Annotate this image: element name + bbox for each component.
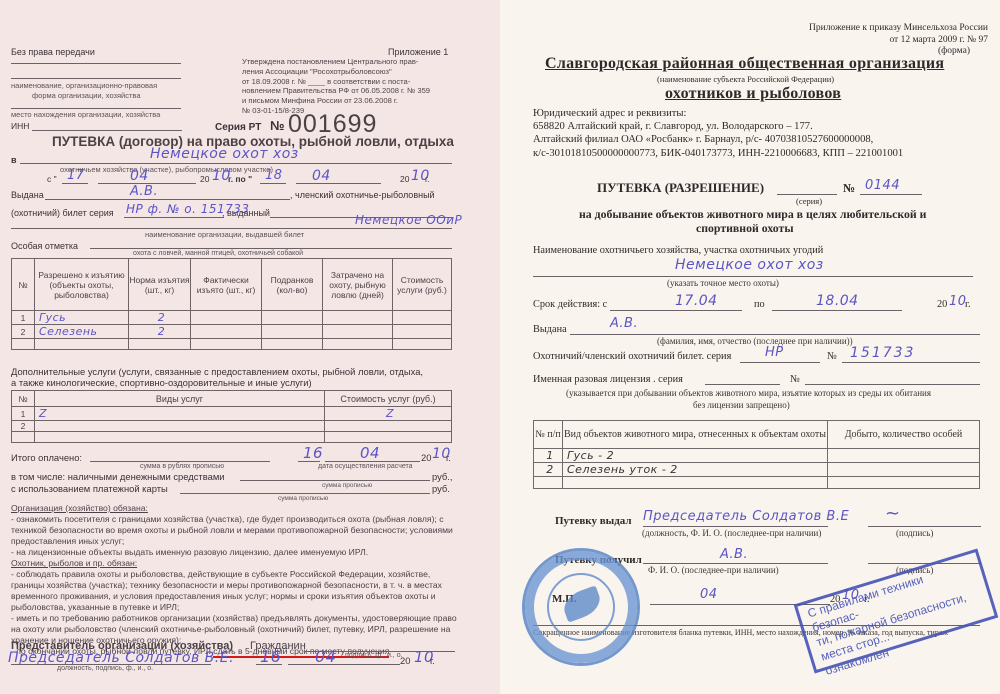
table-cell: [828, 463, 980, 477]
approval-line: от 18.09.2008 г. № ____ в соответствии с…: [242, 77, 456, 87]
special-mark-line: [90, 248, 452, 249]
ticket-issuer-caption: наименование организации, выдавшей билет: [145, 230, 304, 239]
requisites-line: к/с-30101810500000000773, БИК-040173773,…: [533, 147, 903, 160]
sign-month-line: [288, 664, 400, 665]
ticket-number-label: №: [827, 351, 837, 362]
issued-by-caption: (должность, Ф. И. О. (последнее-при нали…: [642, 528, 821, 538]
cash-caption: сумма прописью: [322, 482, 372, 489]
special-mark-caption: охота с ловчей, манной птицей, охотничье…: [133, 250, 303, 257]
issued-name-handwritten: А.В.: [130, 184, 158, 199]
table-cell: 1: [12, 407, 35, 421]
permit-subtitle-1: на добывание объектов животного мира в ц…: [579, 207, 926, 222]
issued-by-handwritten: Председатель Солдатов В.Е: [643, 509, 849, 524]
table-cell: [393, 339, 452, 350]
to-month: 04: [312, 168, 331, 184]
cash-line: [240, 480, 430, 481]
ticket-series: НР: [765, 345, 784, 360]
table-cell: [262, 311, 323, 325]
table-cell: [323, 311, 393, 325]
card-line: [180, 493, 430, 494]
inn-label: ИНН: [11, 121, 29, 131]
table-cell: [129, 339, 191, 350]
license-caption-1: (указывается при добывании объектов живо…: [566, 388, 931, 398]
to-month-line: [296, 183, 381, 184]
table-cell: [563, 477, 828, 489]
total-caption: сумма в рублях прописью: [140, 463, 224, 470]
permit-number-label: №: [843, 181, 855, 196]
ticket-number-line: [842, 362, 980, 363]
ticket-issuer-line-2: [11, 228, 452, 229]
issued-by-label: Путевку выдал: [555, 515, 632, 527]
table-cell: [191, 339, 262, 350]
table-cell: [35, 339, 129, 350]
table-row: [12, 339, 452, 350]
table-cell: [325, 432, 452, 443]
hunter-duty-line: границы хозяйства (участка); технику без…: [11, 580, 457, 591]
table-cell: Z: [35, 407, 325, 421]
from-day-line: [62, 183, 88, 184]
period-to-label: г. по ": [228, 174, 252, 184]
citizen-caption: подпись, ф., и., о.: [345, 652, 403, 659]
ticket-issuer-handwritten: Немецкое ООиР: [355, 213, 462, 227]
rep-caption: должность, подпись, ф., и., о.: [57, 665, 153, 672]
requisites-label: Юридический адрес и реквизиты:: [533, 107, 903, 120]
table-cell: [828, 449, 980, 463]
round-seal-stamp: [522, 548, 640, 666]
received-line: [643, 563, 828, 564]
inn-line: [32, 130, 182, 131]
org-duties-title: Организация (хозяйство) обязана:: [11, 503, 457, 514]
table-cell: [325, 421, 452, 432]
col-header: Фактически изъято (шт., кг): [191, 259, 262, 311]
sign-year-prefix: 20: [400, 655, 410, 666]
issued-by-signature-line: [868, 526, 981, 527]
issued-suffix: , членский охотничье-рыболовный: [290, 190, 435, 200]
permit-number-line: [860, 194, 922, 195]
issued-label: Выдана: [11, 190, 44, 200]
hunting-ground-handwritten: Немецкое охот хоз: [675, 257, 824, 273]
org-caption: (наименование субъекта Российской Федера…: [657, 74, 834, 84]
table-row: [12, 432, 452, 443]
hunter-duty-line: - соблюдать правила охоты и рыболовства,…: [11, 569, 457, 580]
seal-month: 04: [700, 587, 718, 602]
in-caption: охотничьем хозяйстве (участке), рыбопром…: [60, 165, 273, 174]
hunting-ground-handwritten: Немецкое охот хоз: [150, 146, 299, 162]
received-caption: Ф. И. О. (последнее-при наличии): [648, 565, 779, 575]
sign-month: 04: [315, 647, 336, 666]
requisites-line: 658820 Алтайский край, г. Славгород, ул.…: [533, 120, 903, 133]
col-header: Норма изъятия (шт., кг): [129, 259, 191, 311]
table-cell: [12, 432, 35, 443]
cash-suffix: руб.,: [432, 471, 452, 482]
issued-by-line: [643, 526, 828, 527]
payment-day: 16: [303, 444, 323, 462]
col-header: Затрачено на охоту, рыбную ловлю (дней): [323, 259, 393, 311]
issued-by-signature: ~: [885, 503, 901, 524]
cash-label: в том числе: наличными денежными средств…: [11, 471, 225, 482]
left-page-voucher-contract: Без права передачи Приложение 1 наименов…: [0, 0, 500, 694]
approval-line: и письмом Минфина России от 23.06.2008 г…: [242, 96, 456, 106]
table-row: 2Селезень уток - 2: [534, 463, 980, 477]
hunting-ground-label: Наименование охотничьего хозяйства, учас…: [533, 245, 823, 256]
card-suffix: руб.: [432, 483, 450, 494]
ticket-label: (охотничий) билет серия: [11, 208, 114, 218]
col-header: Подранков (кол-во): [262, 259, 323, 311]
payment-day-line: [298, 461, 320, 462]
validity-year-suffix: г.: [965, 299, 971, 310]
table-row: 1Гусь2: [12, 311, 452, 325]
table-cell: [534, 477, 563, 489]
duties-block: Организация (хозяйство) обязана: - ознак…: [11, 503, 457, 657]
to-year-prefix: 20: [400, 174, 409, 184]
card-label: с использованием платежной карты: [11, 483, 168, 494]
game-table: № п/п Вид объектов животного мира, отнес…: [533, 420, 980, 489]
extra-services-text-2: а также кинологические, спортивно-оздоро…: [11, 377, 312, 388]
col-header: №: [12, 259, 35, 311]
issued-name-handwritten: А.В.: [610, 316, 638, 331]
hunting-ground-caption: (указать точное место охоты): [667, 278, 779, 288]
table-row: [534, 477, 980, 489]
org-title-1: Славгородская районная общественная орга…: [545, 55, 944, 73]
col-header: №: [12, 391, 35, 407]
validity-year-prefix: 20: [937, 299, 947, 310]
to-day: 18: [265, 168, 283, 183]
issued-line: [570, 334, 980, 335]
approval-block: Утверждена постановлением Центрального п…: [242, 57, 456, 116]
permit-number: 0144: [865, 178, 900, 193]
series-caption: (серия): [796, 196, 822, 206]
col-header: Стоимость услуги (руб.): [393, 259, 452, 311]
table-cell: 2: [129, 325, 191, 339]
signature-caption: (подпись): [896, 528, 933, 538]
org-title-2: охотников и рыболовов: [665, 85, 841, 103]
validity-label: Срок действия: с: [533, 299, 607, 310]
permit-title: ПУТЕВКА (РАЗРЕШЕНИЕ): [597, 180, 764, 196]
hunter-duty-line: временного проживания, и условия предост…: [11, 591, 457, 602]
requisites-line: Алтайский филиал ОАО «Росбанк» г. Барнау…: [533, 133, 903, 146]
table-cell: [393, 311, 452, 325]
table-cell: Z: [325, 407, 452, 421]
hunter-duty-line: - иметь и по требованию работников орган…: [11, 613, 457, 624]
license-series-line: [705, 384, 780, 385]
table-cell: [35, 432, 325, 443]
no-transfer-label: Без права передачи: [11, 47, 95, 57]
hunting-ground-line: [533, 276, 973, 277]
sign-year-suffix: г.: [430, 655, 435, 666]
ticket-number: 151733: [850, 345, 915, 361]
table-cell: Гусь: [35, 311, 129, 325]
ticket-label: Охотничий/членский охотничий билет. сери…: [533, 351, 731, 362]
table-cell: [393, 325, 452, 339]
table-cell: [323, 325, 393, 339]
received-handwritten: А.В.: [720, 547, 748, 562]
col-header: Разрешено к изъятию (объекты охоты, рыбо…: [35, 259, 129, 311]
order-line-1: Приложение к приказу Минсельхоза России: [809, 23, 988, 33]
approval-line: новлением Правительства РФ от 06.05.2008…: [242, 86, 456, 96]
table-cell: [262, 339, 323, 350]
services-table: № Виды услуг Стоимость услуг (руб.) 1ZZ2: [11, 390, 452, 443]
from-day: 17: [67, 168, 85, 183]
order-line-2: от 12 марта 2009 г. № 97: [889, 35, 988, 45]
payment-month: 04: [360, 444, 380, 462]
org-duty-line: - ознакомить посетителя с границами хозя…: [11, 514, 457, 525]
validity-to: 18.04: [816, 293, 859, 309]
validity-year: 10: [949, 294, 967, 309]
hunter-duties-title: Охотник, рыболов и пр. обязан:: [11, 558, 457, 569]
table-cell: Селезень уток - 2: [563, 463, 828, 477]
org-duty-line: техникой безопасности во время охоты и р…: [11, 525, 457, 536]
issued-caption: (фамилия, имя, отчество (последнее при н…: [657, 336, 853, 346]
ticket-issued-by-label: , выданный: [222, 208, 270, 218]
col-header: Добыто, количество особей: [828, 421, 980, 449]
approval-line: Утверждена постановлением Центрального п…: [242, 57, 456, 67]
org-name-line-1: [11, 63, 181, 64]
table-cell: 2: [534, 463, 563, 477]
table-cell: [828, 477, 980, 489]
period-from-prefix: с ": [47, 174, 57, 184]
table-row: 2: [12, 421, 452, 432]
hunter-duty-line: на охоту или рыболовство (членский охотн…: [11, 624, 457, 635]
org-name-line-2: [11, 78, 181, 79]
validity-to-line: [772, 310, 902, 311]
to-day-line: [260, 183, 286, 184]
table-cell: [191, 311, 262, 325]
col-header: Стоимость услуг (руб.): [325, 391, 452, 407]
org-name-caption-1: наименование, организационно-правовая: [11, 81, 157, 90]
issued-label: Выдана: [533, 324, 567, 335]
appendix-label: Приложение 1: [388, 47, 448, 57]
table-cell: 1: [12, 311, 35, 325]
permit-subtitle-2: спортивной охоты: [696, 221, 794, 236]
validity-from: 17.04: [675, 293, 718, 309]
total-label: Итого оплачено:: [11, 452, 82, 463]
from-month: 04: [130, 168, 149, 184]
extra-services-text-1: Дополнительные услуги (услуги, связанные…: [11, 366, 423, 377]
sign-day-line: [256, 664, 282, 665]
org-duty-line: предоставления иных услуг;: [11, 536, 457, 547]
location-caption: место нахождения организации, хозяйства: [11, 110, 160, 119]
table-row: 1ZZ: [12, 407, 452, 421]
total-line: [90, 461, 270, 462]
license-label: Именная разовая лицензия . серия: [533, 374, 683, 385]
table-cell: [35, 421, 325, 432]
issued-line: [45, 199, 290, 200]
number-sign: №: [270, 118, 285, 133]
org-name-caption-2: форма организации, хозяйства: [32, 91, 141, 100]
payment-date-caption: дата осуществления расчета: [318, 463, 413, 470]
location-line: [11, 108, 181, 109]
col-header: Виды услуг: [35, 391, 325, 407]
validity-from-line: [610, 310, 742, 311]
table-row: 2Селезень2: [12, 325, 452, 339]
permit-series-line: [777, 194, 837, 195]
series-label: Серия РТ: [215, 122, 261, 133]
org-duty-line: - на лицензионные объекты выдать именную…: [11, 547, 457, 558]
from-year-prefix: 20: [200, 174, 209, 184]
hunt-table: № Разрешено к изъятию (объекты охоты, ры…: [11, 258, 452, 350]
license-caption-2: без лицензии запрещено): [693, 400, 790, 410]
ticket-series-line: [740, 362, 820, 363]
license-number-line: [805, 384, 980, 385]
table-cell: [323, 339, 393, 350]
in-line: [20, 163, 452, 164]
table-cell: [12, 339, 35, 350]
ticket-line: [124, 217, 224, 218]
requisites-block: Юридический адрес и реквизиты: 658820 Ал…: [533, 107, 903, 160]
payment-year-suffix: г.: [446, 452, 451, 463]
table-cell: 2: [12, 421, 35, 432]
table-cell: 1: [534, 449, 563, 463]
in-label: в: [11, 155, 17, 165]
table-cell: Гусь - 2: [563, 449, 828, 463]
col-header: Вид объектов животного мира, отнесенных …: [563, 421, 828, 449]
license-number-label: №: [790, 374, 800, 385]
table-cell: 2: [129, 311, 191, 325]
table-cell: [191, 325, 262, 339]
payment-year-prefix: 20: [421, 452, 431, 463]
approval-line: ления Ассоциации "Росохотрыболовсоюз": [242, 67, 456, 77]
to-year-suffix: г.: [425, 174, 429, 184]
table-cell: Селезень: [35, 325, 129, 339]
table-cell: 2: [12, 325, 35, 339]
hunter-duty-line: рыболовства, указанные в путевке и ИРЛ;: [11, 602, 457, 613]
card-caption: сумма прописью: [278, 495, 328, 502]
validity-to-label: по: [754, 299, 765, 310]
col-header: № п/п: [534, 421, 563, 449]
special-mark-label: Особая отметка: [11, 241, 78, 251]
table-row: 1Гусь - 2: [534, 449, 980, 463]
table-cell: [262, 325, 323, 339]
